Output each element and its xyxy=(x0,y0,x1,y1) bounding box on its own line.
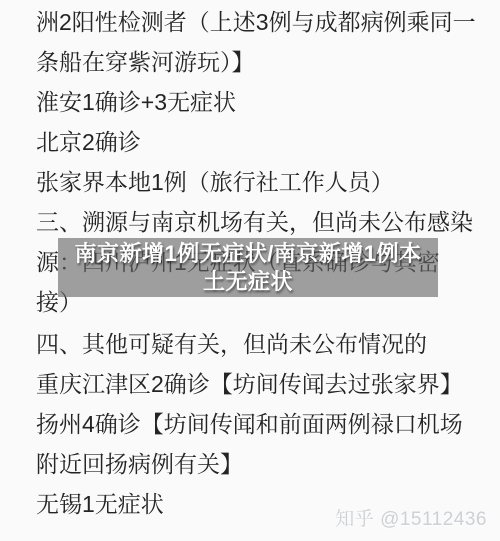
caption-overlay: 南京新增1例无症状/南京新增1例本 土无症状 xyxy=(58,238,438,297)
text-line: 淮安1确诊+3无症状 xyxy=(36,80,500,120)
text-line: 三、溯源与南京机场有关，但尚未公布感染 xyxy=(36,200,500,240)
article-screenshot: 洲2阳性检测者（上述3例与成都病例乘同一 条船在穿紫河游玩）】 淮安1确诊+3无… xyxy=(0,0,500,541)
caption-line-2: 土无症状 xyxy=(203,268,293,296)
text-line: 条船在穿紫河游玩）】 xyxy=(36,40,500,80)
text-line: 扬州4确诊【坊间传闻和前面两例禄口机场 xyxy=(36,402,500,442)
caption-line-1: 南京新增1例无症状/南京新增1例本 xyxy=(74,240,421,268)
text-line: 四、其他可疑有关，但尚未公布情况的 xyxy=(36,322,500,362)
zhihu-watermark: 知乎 @15112436 xyxy=(335,504,487,531)
text-line: 北京2确诊 xyxy=(36,120,500,160)
text-line: 附近回扬病例有关】 xyxy=(36,442,500,482)
text-line: 张家界本地1例（旅行社工作人员） xyxy=(36,160,500,200)
text-line: 洲2阳性检测者（上述3例与成都病例乘同一 xyxy=(36,0,500,40)
text-line: 重庆江津区2确诊【坊间传闻去过张家界】 xyxy=(36,362,500,402)
